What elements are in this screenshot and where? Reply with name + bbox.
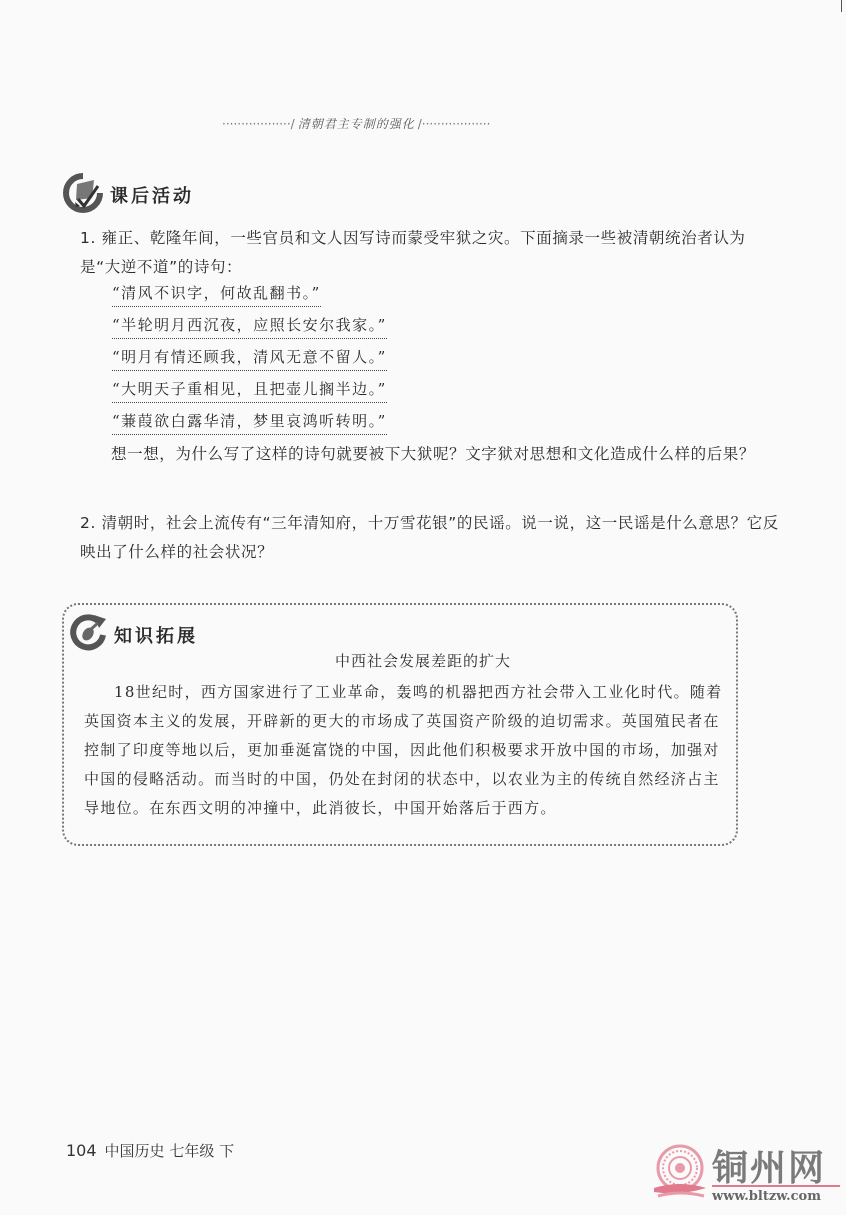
poem-line: “蒹葭欲白露华清，梦里哀鸿听转明。” xyxy=(112,411,387,435)
question-2-text: 清朝时，社会上流传有“三年清知府，十万雪花银”的民谣。说一说，这一民谣是什么意思… xyxy=(80,514,779,561)
page-footer: 104中国历史 七年级 下 xyxy=(66,1140,234,1161)
running-header: ··················/清朝君主专制的强化/···········… xyxy=(222,115,622,132)
knowledge-title: 中西社会发展差距的扩大 xyxy=(0,650,846,671)
question-2: 2. 清朝时，社会上流传有“三年清知府，十万雪花银”的民谣。说一说，这一民谣是什… xyxy=(80,509,780,567)
question-2-number: 2. xyxy=(80,514,96,532)
pen-on-paper-icon xyxy=(62,172,104,218)
question-1-text: 雍正、乾隆年间，一些官员和文人因写诗而蒙受牢狱之灾。下面摘录一些被清朝统治者认为… xyxy=(80,229,746,276)
header-title: 清朝君主专制的强化 xyxy=(298,117,415,131)
activity-heading: 课后活动 xyxy=(62,172,194,218)
poem-line: “明月有情还顾我，清风无意不留人。” xyxy=(112,347,387,371)
watermark-logo-icon xyxy=(650,1142,710,1206)
watermark-underline xyxy=(712,1185,840,1187)
poem-line: “半轮明月西沉夜，应照长安尔我家。” xyxy=(112,315,387,339)
header-dots-left: ··················/ xyxy=(222,117,295,131)
poem-line: “大明天子重相见，且把壶儿搁半边。” xyxy=(112,379,387,403)
poem-list: “清风不识字，何故乱翻书。” “半轮明月西沉夜，应照长安尔我家。” “明月有情还… xyxy=(112,283,512,443)
watermark: 铜州网 www.bltzw.com xyxy=(650,1140,840,1210)
knowledge-body: 18世纪时，西方国家进行了工业革命，轰鸣的机器把西方社会带入工业化时代。随着英国… xyxy=(84,678,734,823)
question-1-number: 1. xyxy=(80,229,96,247)
knowledge-heading-label: 知识拓展 xyxy=(114,622,198,648)
watermark-url: www.bltzw.com xyxy=(712,1189,821,1204)
crop-mark xyxy=(841,0,842,12)
book-title: 中国历史 七年级 下 xyxy=(105,1142,235,1160)
think-prompt: 想一想，为什么写了这样的诗句就要被下大狱呢？文字狱对思想和文化造成什么样的后果？ xyxy=(80,440,780,469)
poem-line: “清风不识字，何故乱翻书。” xyxy=(112,283,321,307)
page-number: 104 xyxy=(66,1141,97,1160)
watermark-name: 铜州网 xyxy=(712,1140,826,1191)
activity-heading-label: 课后活动 xyxy=(110,182,194,208)
header-dots-right: /·················· xyxy=(418,117,491,131)
question-1: 1. 雍正、乾隆年间，一些官员和文人因写诗而蒙受牢狱之灾。下面摘录一些被清朝统治… xyxy=(80,224,780,282)
